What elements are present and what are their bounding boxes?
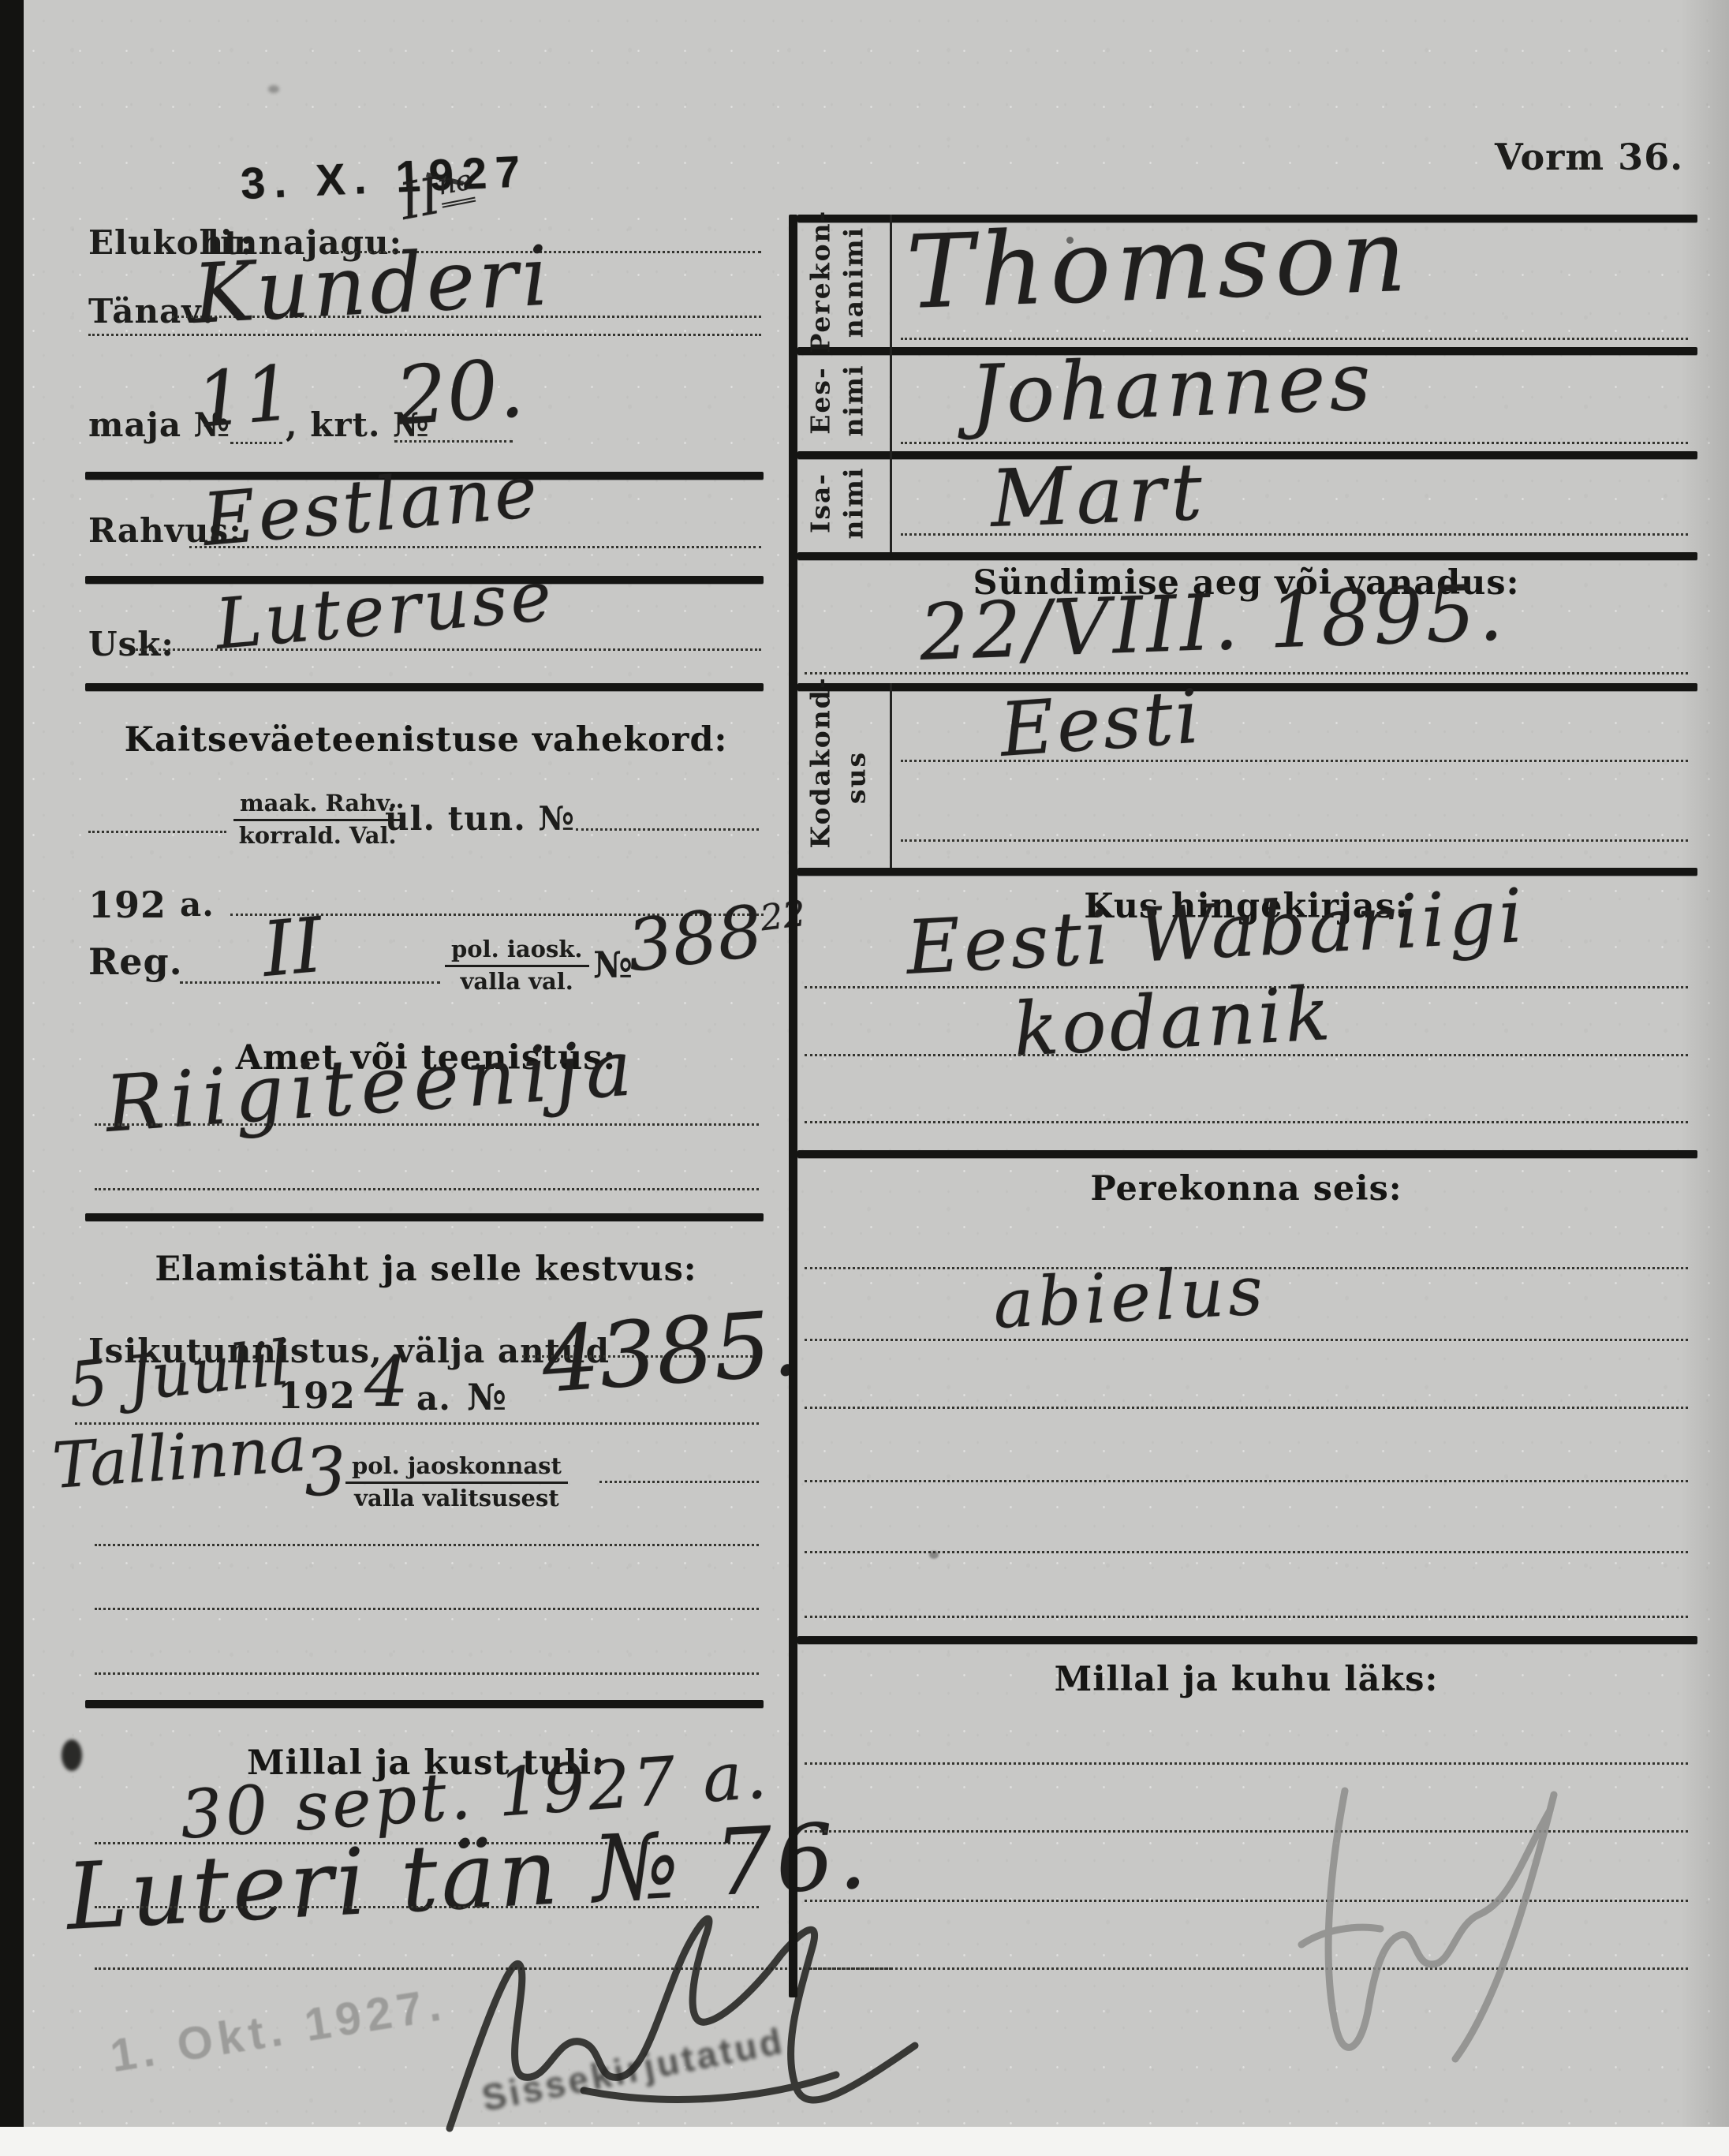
certificate-number-label: ül. tun. № — [385, 799, 575, 838]
fill-line — [88, 334, 761, 336]
fill-line — [901, 533, 1688, 536]
fill-line — [901, 760, 1688, 762]
valla-val-option: valla val. — [445, 967, 589, 996]
fill-line — [576, 828, 759, 831]
marital-status-value: abielus — [991, 1251, 1269, 1344]
ink-speck — [268, 85, 279, 93]
fill-line — [95, 1123, 759, 1126]
label-rule — [890, 451, 892, 552]
citizenship-label-line1: Kodakond- — [805, 707, 836, 849]
fill-line — [805, 1762, 1688, 1765]
religion-label: Usk: — [88, 625, 174, 663]
fill-line — [136, 648, 761, 651]
fill-line — [805, 1054, 1688, 1056]
citizenship-label-line2: sus — [841, 707, 872, 849]
date-received-stamp: 3. X. 1927 — [240, 145, 530, 209]
rule — [797, 1150, 1697, 1158]
rule — [797, 451, 1697, 459]
maak-rahv-option: maak. Rahv. — [233, 789, 401, 821]
issue-no-symbol: № — [467, 1376, 507, 1418]
fill-line — [230, 442, 282, 444]
fill-line — [805, 1121, 1688, 1123]
scan-left-edge — [0, 0, 24, 2130]
reg-number-value: 38822 — [622, 884, 812, 988]
form-number-label: Vorm 36. — [1495, 136, 1683, 178]
district-suffix: ne — [435, 163, 476, 207]
rule — [85, 1213, 764, 1221]
fill-line — [88, 831, 226, 833]
fill-line — [805, 1480, 1688, 1482]
reg-precinct-value: II — [259, 901, 326, 994]
fathername-label-line1: Isa- — [805, 432, 836, 574]
column-divider — [789, 215, 797, 1997]
apartment-number-value: 20. — [393, 342, 527, 444]
fill-line — [805, 1407, 1688, 1409]
fill-line — [805, 672, 1688, 674]
nationality-label: Rahvus: — [88, 511, 242, 550]
rule — [797, 552, 1697, 560]
label-rule — [890, 215, 892, 347]
identity-card-number-value: 4385. — [539, 1291, 803, 1413]
fathername-value: Mart — [989, 446, 1208, 545]
rule — [797, 868, 1697, 876]
fill-line — [95, 1544, 759, 1546]
military-authority-options: maak. Rahv. korrald. Val. — [233, 789, 401, 850]
rule — [85, 1700, 764, 1708]
scan-right-shade — [1680, 0, 1729, 2127]
pol-jaoskonnast-option: pol. jaoskonnast — [345, 1452, 568, 1484]
registration-card: Vorm 36. 3. X. 1927 Elukoht: linnajagu: … — [0, 0, 1729, 2156]
label-rule — [890, 683, 892, 868]
reg-number-sup: 22 — [758, 892, 808, 940]
residence-permit-heading: Elamistäht ja selle kestvus: — [88, 1250, 764, 1289]
rule — [797, 683, 1697, 691]
fill-line — [95, 1672, 759, 1675]
year-a-label: a. — [180, 885, 215, 924]
year-prefix-label: 192 — [88, 884, 166, 926]
fill-line — [95, 1188, 759, 1190]
fill-line — [599, 1481, 759, 1483]
issue-year-printed: 192 — [278, 1374, 356, 1417]
surname-value: Thomson — [905, 197, 1413, 332]
issue-year-digit: 4 — [364, 1341, 409, 1422]
fill-line — [805, 1616, 1688, 1618]
rule — [797, 1636, 1697, 1644]
issuer-authority-options: pol. jaoskonnast valla valitsusest — [345, 1452, 568, 1513]
pencil-scrawl — [1183, 1779, 1578, 2094]
reg-label: Reg. — [88, 940, 183, 983]
parish-register-value-line2: kodanik — [1011, 971, 1335, 1074]
ink-speck — [62, 1739, 82, 1771]
registration-date-stamp: 1. Okt. 1927. — [106, 1978, 450, 2083]
pol-iaosk-option: pol. iaosk. — [445, 935, 589, 967]
fill-line — [805, 1339, 1688, 1341]
fill-line — [901, 442, 1688, 444]
korrald-val-option: korrald. Val. — [233, 821, 401, 850]
fathername-label-line2: nimi — [838, 432, 869, 574]
fill-line — [901, 839, 1688, 842]
street-value: Kunderi — [191, 227, 555, 342]
fill-line — [805, 1551, 1688, 1553]
marital-status-heading: Perekonna seis: — [805, 1169, 1688, 1209]
issuer-city-value: Tallinna — [50, 1412, 309, 1503]
label-rule — [890, 347, 892, 451]
military-service-heading: Kaitseväeteenistuse vahekord: — [88, 720, 764, 760]
firstname-value: Johannes — [969, 334, 1376, 443]
fill-line — [189, 546, 761, 548]
departure-heading: Millal ja kuhu läks: — [805, 1660, 1688, 1699]
house-number-value: 11 — [192, 349, 296, 445]
reg-authority-options: pol. iaosk. valla val. — [445, 935, 589, 996]
issuer-precinct-digit: 3 — [302, 1432, 349, 1511]
fill-line — [95, 1608, 759, 1610]
issue-a-label: a. — [416, 1379, 451, 1418]
rule — [85, 683, 764, 691]
reg-number-base: 388 — [622, 890, 767, 988]
clerk-signature-ink — [426, 1892, 931, 2144]
valla-valitsusest-option: valla valitsusest — [345, 1484, 568, 1512]
fill-line — [394, 440, 513, 443]
